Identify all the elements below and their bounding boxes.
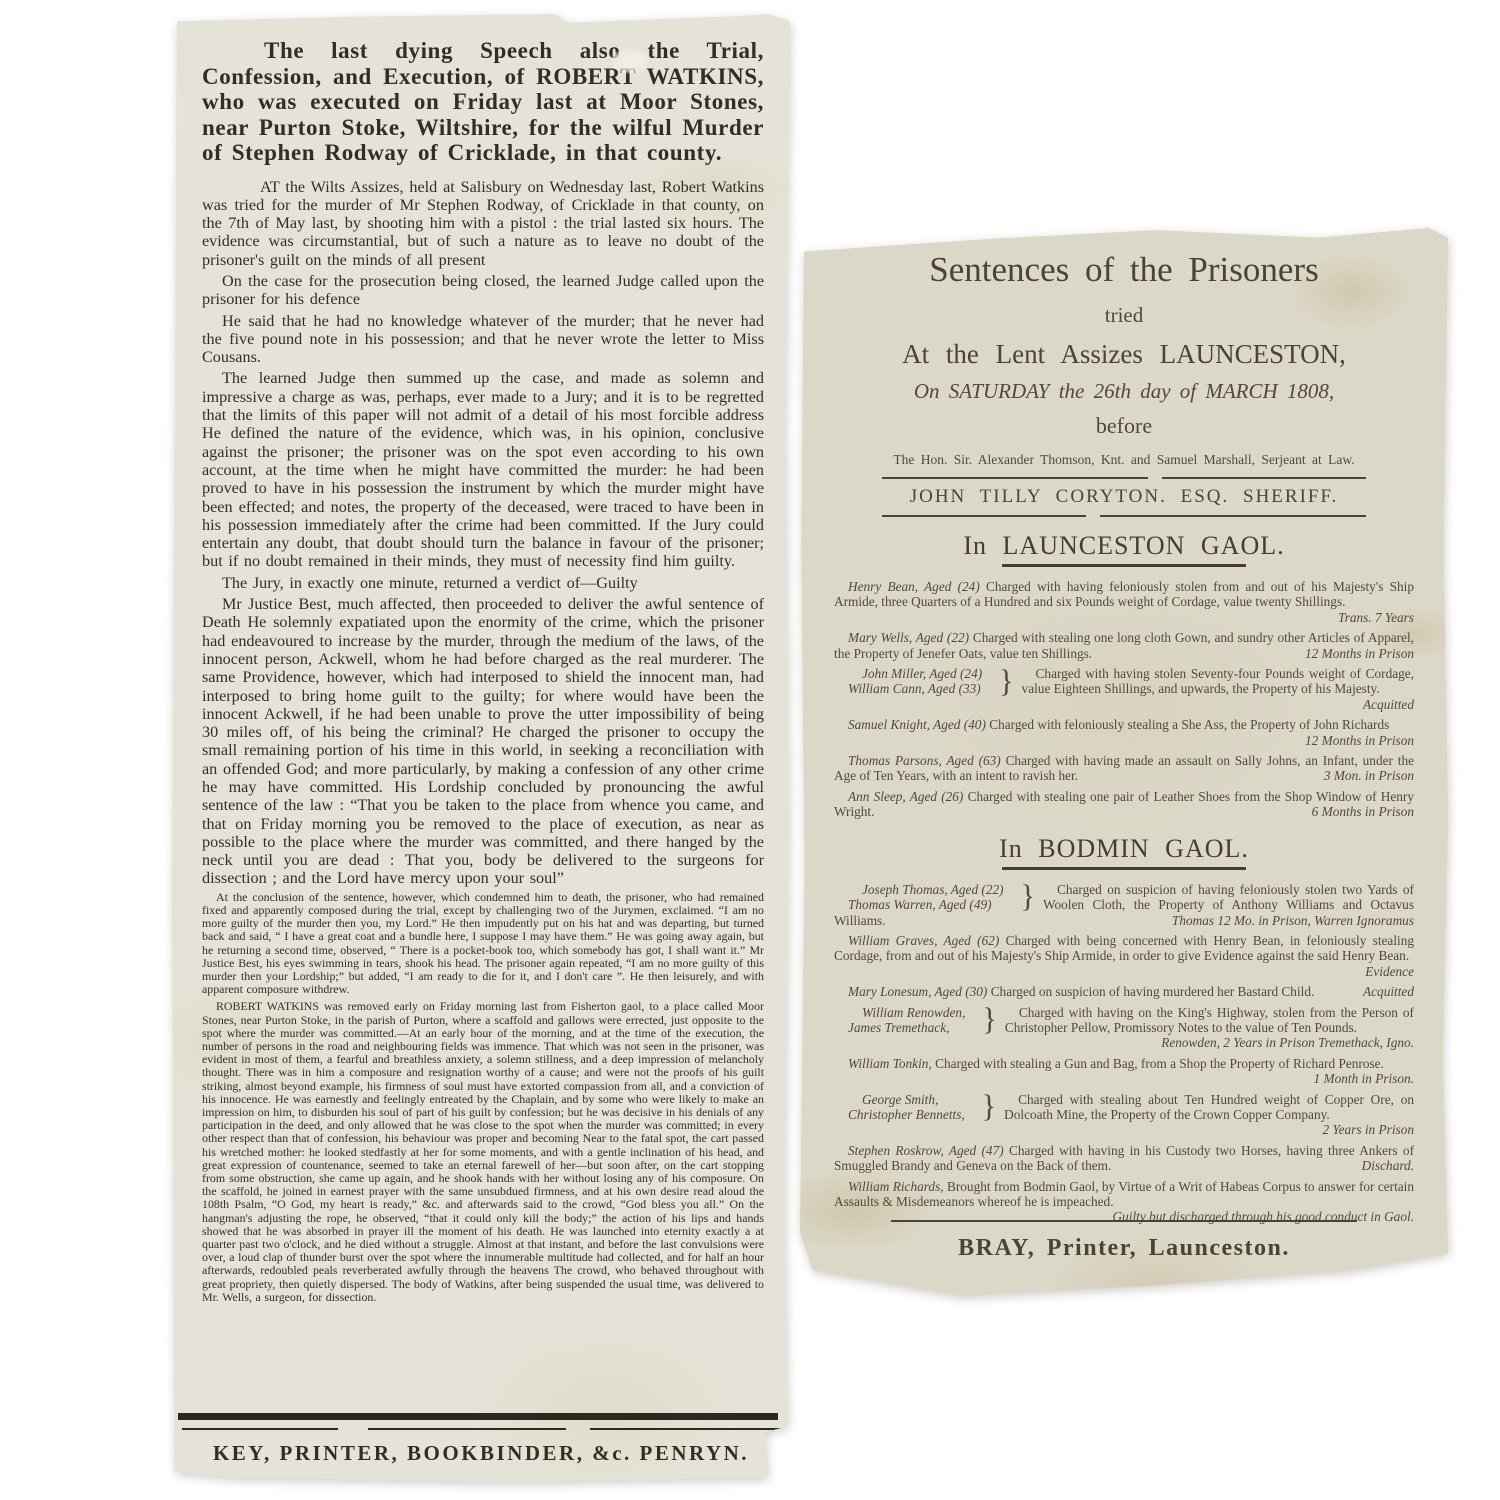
- paragraph: At the conclusion of the sentence, howev…: [202, 891, 764, 997]
- sentence-text: Renowden, 2 Years in Prison Tremethack, …: [1147, 1035, 1414, 1050]
- footer-rule-thin: [182, 1428, 782, 1430]
- prisoner-name: Henry Bean, Aged (24): [848, 579, 980, 594]
- prisoner-name: Thomas Parsons, Aged (63): [848, 753, 1001, 768]
- paragraph: The learned Judge then summed up the cas…: [202, 369, 764, 570]
- page-title: Sentences of the Prisoners: [834, 250, 1414, 290]
- prisoner-pair: George Smith,Christopher Bennetts, }: [848, 1092, 996, 1123]
- sheriff-line: JOHN TILLY CORYTON. ESQ. SHERIFF.: [834, 486, 1414, 508]
- assizes-line: At the Lent Assizes LAUNCESTON,: [834, 339, 1414, 370]
- left-body: AT the Wilts Assizes, held at Salisbury …: [202, 178, 764, 888]
- paper-flaw: [610, 48, 650, 74]
- paragraph: ROBERT WATKINS was removed early on Frid…: [202, 1000, 764, 1304]
- right-content: Sentences of the Prisoners tried At the …: [834, 250, 1414, 1230]
- prisoner-name: William Richards,: [848, 1179, 944, 1194]
- prisoner-name: William Tonkin,: [848, 1056, 932, 1071]
- sentence-text: Acquitted: [1349, 697, 1414, 712]
- prisoner-entry: William Graves, Aged (62) Charged with b…: [834, 933, 1414, 979]
- sentence-text: Dischard.: [1348, 1158, 1414, 1173]
- prisoner-names: Joseph Thomas, Aged (22)Thomas Warren, A…: [848, 882, 1004, 913]
- prisoner-pair: John Miller, Aged (24)William Cann, Aged…: [848, 666, 1014, 697]
- paragraph: Mr Justice Best, much affected, then pro…: [202, 595, 764, 888]
- paragraph: On the case for the prosecution being cl…: [202, 272, 764, 309]
- prisoner-entry: Stephen Roskrow, Aged (47) Charged with …: [834, 1143, 1414, 1174]
- footer-rule: [891, 1220, 1358, 1222]
- section-underline: [1002, 867, 1246, 870]
- prisoner-entry: Samuel Knight, Aged (40) Charged with fe…: [834, 717, 1414, 748]
- prisoner-names: George Smith,Christopher Bennetts,: [848, 1092, 965, 1123]
- prisoner-entry: William Renowden,James Tremethack, } Cha…: [834, 1005, 1414, 1051]
- sentence-text: 2 Years in Prison: [1308, 1122, 1414, 1137]
- prisoner-entry: William Richards, Brought from Bodmin Ga…: [834, 1179, 1414, 1225]
- printer-imprint: BRAY, Printer, Launceston.: [820, 1235, 1428, 1262]
- left-small-text: At the conclusion of the sentence, howev…: [202, 891, 764, 1304]
- prisoner-entry: Thomas Parsons, Aged (63) Charged with h…: [834, 753, 1414, 784]
- sentence-text: Trans. 7 Years: [1324, 610, 1414, 625]
- sentence-text: 6 Months in Prison: [1298, 804, 1414, 819]
- brace-glyph: }: [985, 673, 1013, 689]
- prisoner-entry: Mary Lonesum, Aged (30) Charged on suspi…: [834, 984, 1414, 999]
- right-broadside: Sentences of the Prisoners tried At the …: [800, 228, 1448, 1296]
- date-line: On SATURDAY the 26th day of MARCH 1808,: [834, 379, 1414, 404]
- sentence-text: 12 Months in Prison: [1291, 733, 1414, 748]
- brace-glyph: }: [968, 1012, 996, 1028]
- sentence-text: Guilty but discharged through his good c…: [1099, 1209, 1415, 1224]
- double-rule: [869, 477, 1379, 479]
- prisoner-entry: William Tonkin, Charged with stealing a …: [834, 1056, 1414, 1087]
- paragraph: The Jury, in exactly one minute, returne…: [202, 574, 764, 592]
- sentence-text: Acquitted: [1349, 984, 1414, 999]
- launceston-entries: Henry Bean, Aged (24) Charged with havin…: [834, 579, 1414, 820]
- rule-segment: [1162, 477, 1366, 479]
- brace-glyph: }: [1007, 889, 1035, 905]
- right-paper: Sentences of the Prisoners tried At the …: [800, 228, 1448, 1296]
- before-label: before: [834, 413, 1414, 439]
- prisoner-name: William Graves, Aged (62): [848, 933, 999, 948]
- rule-segment: [882, 477, 1147, 479]
- prisoner-name: Samuel Knight, Aged (40): [848, 717, 986, 732]
- prisoner-pair: William Renowden,James Tremethack, }: [848, 1005, 997, 1036]
- sentence-text: 3 Mon. in Prison: [1310, 768, 1414, 783]
- sentence-text: 1 Month in Prison.: [1300, 1071, 1414, 1086]
- bodmin-entries: Joseph Thomas, Aged (22)Thomas Warren, A…: [834, 882, 1414, 1225]
- footer-rule-thick: [178, 1413, 778, 1420]
- left-content: The last dying Speech also the Trial, Co…: [202, 38, 764, 1308]
- sentence-text: Thomas 12 Mo. in Prison, Warren Ignoramu…: [1158, 913, 1414, 928]
- charge-text: Charged with having stolen Seventy-four …: [1022, 666, 1414, 696]
- prisoner-name: Ann Sleep, Aged (26): [848, 789, 963, 804]
- prisoner-name: Stephen Roskrow, Aged (47): [848, 1143, 1004, 1158]
- charge-text: Charged with stealing about Ten Hundred …: [1004, 1092, 1414, 1122]
- prisoner-name: Mary Wells, Aged (22): [848, 630, 969, 645]
- sentence-text: 12 Months in Prison: [1291, 646, 1414, 661]
- prisoner-entry: John Miller, Aged (24)William Cann, Aged…: [834, 666, 1414, 712]
- paragraph: AT the Wilts Assizes, held at Salisbury …: [202, 178, 764, 269]
- prisoner-entry: George Smith,Christopher Bennetts, } Cha…: [834, 1092, 1414, 1138]
- sentence-text: Evidence: [1351, 964, 1414, 979]
- charge-text: Charged with feloniously stealing a She …: [989, 717, 1389, 732]
- printer-imprint: KEY, PRINTER, BOOKBINDER, &c. PENRYN.: [184, 1441, 778, 1466]
- double-rule: [869, 515, 1379, 517]
- charge-text: Charged with stealing a Gun and Bag, fro…: [935, 1056, 1384, 1071]
- prisoner-entry: Joseph Thomas, Aged (22)Thomas Warren, A…: [834, 882, 1414, 928]
- brace-glyph: }: [968, 1099, 996, 1115]
- photo-canvas: The last dying Speech also the Trial, Co…: [0, 0, 1500, 1500]
- charge-text: Charged on suspicion of having murdered …: [991, 984, 1315, 999]
- prisoner-names: John Miller, Aged (24)William Cann, Aged…: [848, 666, 982, 697]
- left-title: The last dying Speech also the Trial, Co…: [202, 38, 764, 166]
- section-heading-launceston: In LAUNCESTON GAOL.: [834, 531, 1414, 561]
- section-underline: [1002, 564, 1246, 567]
- left-broadside: The last dying Speech also the Trial, Co…: [172, 14, 790, 1482]
- prisoner-entry: Ann Sleep, Aged (26) Charged with steali…: [834, 789, 1414, 820]
- left-paper: The last dying Speech also the Trial, Co…: [172, 14, 790, 1482]
- rule-segment: [1100, 515, 1365, 517]
- prisoner-names: William Renowden,James Tremethack,: [848, 1005, 965, 1036]
- charge-text: Charged with having on the King's Highwa…: [1005, 1005, 1414, 1035]
- prisoner-entry: Henry Bean, Aged (24) Charged with havin…: [834, 579, 1414, 625]
- prisoner-entry: Mary Wells, Aged (22) Charged with steal…: [834, 630, 1414, 661]
- prisoner-pair: Joseph Thomas, Aged (22)Thomas Warren, A…: [848, 882, 1035, 913]
- rule-segment: [882, 515, 1086, 517]
- subtitle-tried: tried: [834, 303, 1414, 328]
- paragraph: He said that he had no knowledge whateve…: [202, 312, 764, 367]
- judges-line: The Hon. Sir. Alexander Thomson, Knt. an…: [834, 452, 1414, 468]
- section-heading-bodmin: In BODMIN GAOL.: [834, 834, 1414, 864]
- prisoner-name: Mary Lonesum, Aged (30): [848, 984, 987, 999]
